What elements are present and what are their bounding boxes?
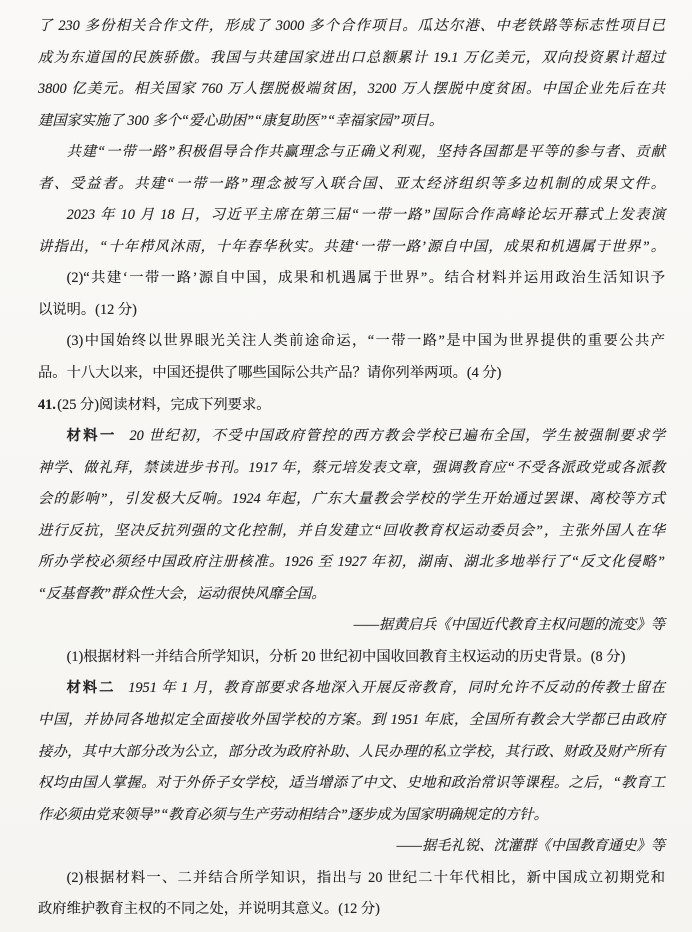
material-belt-road-line-1: 了 230 多份相关合作文件，形成了 3000 多个合作项目。瓜达尔港、中老铁路… xyxy=(38,11,665,43)
material-two-source-attribution: ——据毛礼锐、沈灌群《中国教育通史》等 xyxy=(38,831,665,863)
question-41-1: (1)根据材料一并结合所学知识，分析 20 世纪初中国收回教育主权运动的历史背景… xyxy=(38,642,665,674)
question-2-line-1: (2)“共建‘一带一路’源自中国，成果和机遇属于世界”。结合材料并运用政治生活知… xyxy=(38,263,665,295)
item-41-instruction: (25 分)阅读材料，完成下列要求。 xyxy=(57,397,270,413)
item-41-heading: 41.(25 分)阅读材料，完成下列要求。 xyxy=(38,390,665,422)
material-one-line-3: 会的影响”，引发极大反响。1924 年起，广东大量教会学校的学生开始通过罢课、离… xyxy=(38,484,665,516)
exam-text-block: 了 230 多份相关合作文件，形成了 3000 多个合作项目。瓜达尔港、中老铁路… xyxy=(38,11,665,926)
question-41-2-line-2: 政府维护教育主权的不同之处，并说明其意义。(12 分) xyxy=(38,894,665,926)
question-41-2-line-1: (2)根据材料一、二并结合所学知识，指出与 20 世纪二十年代相比，新中国成立初… xyxy=(38,863,665,895)
material-one-line-6: “反基督教”群众性大会，运动很快风靡全国。 xyxy=(38,579,665,611)
material-belt-road-line-2: 成为东道国的民族骄傲。我国与共建国家进出口总额累计 19.1 万亿美元，双向投资… xyxy=(38,43,665,75)
material-two-line-3: 接办，其中大部分改为公立，部分改为政府补助、人民办理的私立学校，其行政、财政及财… xyxy=(38,737,665,769)
material-one-text: 20 世纪初，不受中国政府管控的西方教会学校已遍布全国，学生被强制要求学 xyxy=(130,428,665,444)
item-41-number: 41. xyxy=(38,397,56,413)
scanned-exam-page: 了 230 多份相关合作文件，形成了 3000 多个合作项目。瓜达尔港、中老铁路… xyxy=(0,0,692,932)
material-two-line-2: 中国，并协同各地拟定全面接收外国学校的方案。到 1951 年底，全国所有教会大学… xyxy=(38,705,665,737)
material-belt-road-line-7: 2023 年 10 月 18 日，习近平主席在第三届“一带一路”国际合作高峰论坛… xyxy=(38,200,665,232)
material-one-line-5: 所办学校必须经中国政府注册核准。1926 至 1927 年初，湖南、湖北多地举行… xyxy=(38,547,665,579)
material-one-label: 材料一 xyxy=(67,428,117,444)
material-belt-road-line-6: 者、受益者。共建“一带一路”理念被写入联合国、亚太经济组织等多边机制的成果文件。 xyxy=(38,169,665,201)
material-two-text: 1951 年 1 月，教育部要求各地深入开展反帝教育，同时允许不反动的传教士留在 xyxy=(128,680,665,696)
material-one-source-attribution: ——据黄启兵《中国近代教育主权问题的流变》等 xyxy=(38,610,665,642)
material-belt-road-line-3: 3800 亿美元。相关国家 760 万人摆脱极端贫困，3200 万人摆脱中度贫困… xyxy=(38,74,665,106)
question-3-line-2: 品。十八大以来，中国还提供了哪些国际公共产品？请你列举两项。(4 分) xyxy=(38,358,665,390)
material-two-line-1: 材料二1951 年 1 月，教育部要求各地深入开展反帝教育，同时允许不反动的传教… xyxy=(38,673,665,705)
material-two-line-4: 权均由国人掌握。对于外侨子女学校，适当增添了中文、史地和政治常识等课程。之后，“… xyxy=(38,768,665,800)
question-2-line-2: 以说明。(12 分) xyxy=(38,295,665,327)
material-two-line-5: 作必须由党来领导”“教育必须与生产劳动相结合”逐步成为国家明确规定的方针。 xyxy=(38,800,665,832)
material-one-line-4: 进行反抗，坚决反抗列强的文化控制，并自发建立“回收教育权运动委员会”，主张外国人… xyxy=(38,516,665,548)
material-one-line-2: 神学、做礼拜，禁读进步书刊。1917 年，蔡元培发表文章，强调教育应“不受各派政… xyxy=(38,453,665,485)
material-belt-road-line-8: 讲指出，“十年栉风沐雨，十年春华秋实。共建‘一带一路’源自中国，成果和机遇属于世… xyxy=(38,232,665,264)
material-belt-road-line-5: 共建“一带一路”积极倡导合作共赢理念与正确义利观，坚持各国都是平等的参与者、贡献 xyxy=(38,137,665,169)
material-two-label: 材料二 xyxy=(67,680,116,696)
material-belt-road-line-4: 建国家实施了 300 多个“爱心助困”“康复助医”“幸福家园”项目。 xyxy=(38,106,665,138)
question-3-line-1: (3)中国始终以世界眼光关注人类前途命运，“一带一路”是中国为世界提供的重要公共… xyxy=(38,326,665,358)
material-one-line-1: 材料一20 世纪初，不受中国政府管控的西方教会学校已遍布全国，学生被强制要求学 xyxy=(38,421,665,453)
